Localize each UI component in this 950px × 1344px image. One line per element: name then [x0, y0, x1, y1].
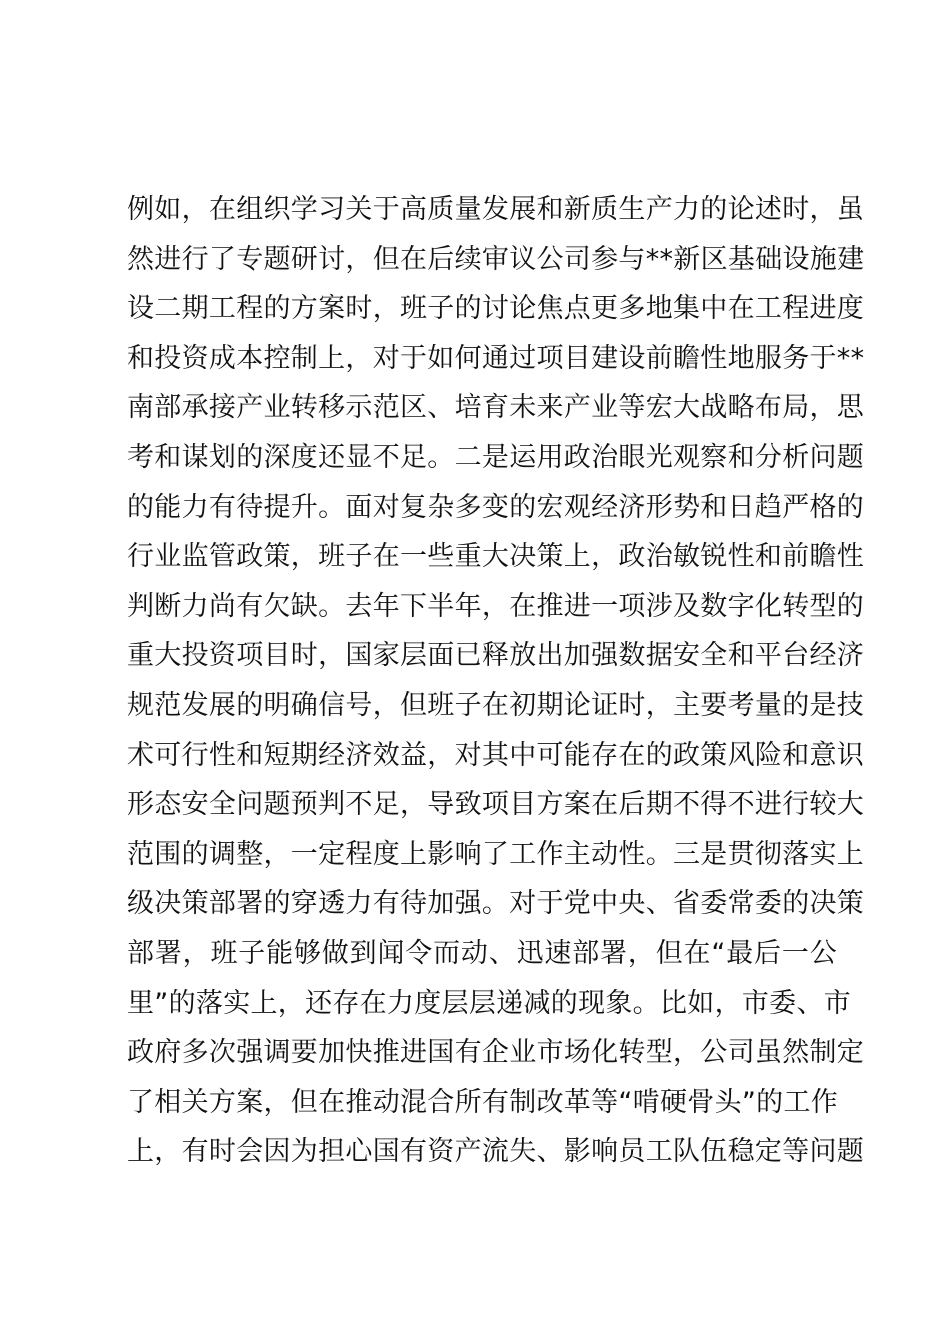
- text-line: 例如，在组织学习关于高质量发展和新质生产力的论述时，虽: [127, 185, 837, 235]
- text-line: 设二期工程的方案时，班子的讨论焦点更多地集中在工程进度: [127, 284, 837, 334]
- text-line: 里”的落实上，还存在力度层层递减的现象。比如，市委、市: [127, 979, 837, 1029]
- text-line: 范围的调整，一定程度上影响了工作主动性。三是贯彻落实上: [127, 830, 837, 880]
- text-line: 然进行了专题研讨，但在后续审议公司参与**新区基础设施建: [127, 235, 837, 285]
- text-line: 了相关方案，但在推动混合所有制改革等“啃硬骨头”的工作: [127, 1078, 837, 1128]
- text-line: 考和谋划的深度还显不足。二是运用政治眼光观察和分析问题: [127, 433, 837, 483]
- text-line: 部署，班子能够做到闻令而动、迅速部署，但在“最后一公: [127, 929, 837, 979]
- text-line: 行业监管政策，班子在一些重大决策上，政治敏锐性和前瞻性: [127, 532, 837, 582]
- text-line: 判断力尚有欠缺。去年下半年，在推进一项涉及数字化转型的: [127, 582, 837, 632]
- text-line: 级决策部署的穿透力有待加强。对于党中央、省委常委的决策: [127, 879, 837, 929]
- text-line: 和投资成本控制上，对于如何通过项目建设前瞻性地服务于**: [127, 334, 837, 384]
- document-page: 例如，在组织学习关于高质量发展和新质生产力的论述时，虽 然进行了专题研讨，但在后…: [0, 0, 950, 1344]
- text-line: 政府多次强调要加快推进国有企业市场化转型，公司虽然制定: [127, 1028, 837, 1078]
- text-line: 规范发展的明确信号，但班子在初期论证时，主要考量的是技: [127, 681, 837, 731]
- text-line: 南部承接产业转移示范区、培育未来产业等宏大战略布局，思: [127, 383, 837, 433]
- text-line: 上，有时会因为担心国有资产流失、影响员工队伍稳定等问题: [127, 1127, 837, 1177]
- text-line: 术可行性和短期经济效益，对其中可能存在的政策风险和意识: [127, 731, 837, 781]
- body-paragraph: 例如，在组织学习关于高质量发展和新质生产力的论述时，虽 然进行了专题研讨，但在后…: [127, 185, 837, 1177]
- text-line: 形态安全问题预判不足，导致项目方案在后期不得不进行较大: [127, 780, 837, 830]
- text-line: 的能力有待提升。面对复杂多变的宏观经济形势和日趋严格的: [127, 483, 837, 533]
- text-line: 重大投资项目时，国家层面已释放出加强数据安全和平台经济: [127, 631, 837, 681]
